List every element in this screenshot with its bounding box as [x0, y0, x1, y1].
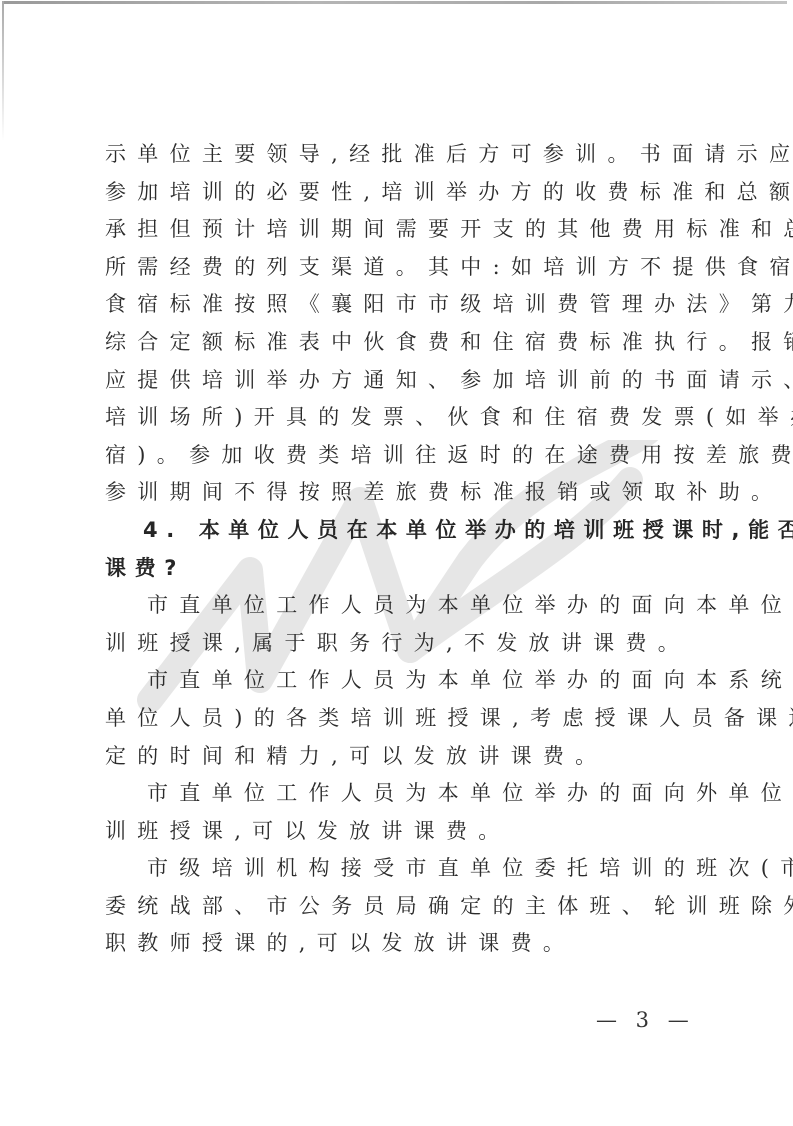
text-line: 承担但预计培训期间需要开支的其他费用标准和总额,以及参训	[105, 211, 695, 249]
document-page: 示单位主要领导,经批准后方可参训。书面请示应包括以下内容: 参加培训的必要性,培…	[105, 136, 695, 963]
text-line: 食宿标准按照《襄阳市市级培训费管理办法》第九条规定的培训	[105, 286, 695, 324]
section-heading-question-4: 4. 本单位人员在本单位举办的培训班授课时,能否领取讲 课费?	[105, 512, 695, 587]
page-number: — 3 —	[596, 1008, 695, 1032]
paragraph-continuation: 示单位主要领导,经批准后方可参训。书面请示应包括以下内容: 参加培训的必要性,培…	[105, 136, 695, 512]
text-line: 参加培训的必要性,培训举办方的收费标准和总额,培训举办方不	[105, 174, 695, 212]
scan-border-top	[2, 1, 787, 4]
paragraph-own-unit-staff: 市直单位工作人员为本单位举办的面向本单位人员的各类培 训班授课,属于职务行为,不…	[105, 587, 695, 662]
text-line: 宿)。参加收费类培训往返时的在途费用按差旅费管理规定处理;	[105, 437, 695, 475]
text-line: 应提供培训举办方通知、参加培训前的书面请示、培训举办方(或	[105, 362, 695, 400]
text-line: 单位人员)的各类培训班授课,考虑授课人员备课过程中付出了一	[105, 700, 695, 738]
text-line: 市级培训机构接受市直单位委托培训的班次(市委组织部、市	[105, 850, 695, 888]
paragraph-training-institutions: 市级培训机构接受市直单位委托培训的班次(市委组织部、市 委统战部、市公务员局确定…	[105, 850, 695, 963]
text-line: 示单位主要领导,经批准后方可参训。书面请示应包括以下内容:	[105, 136, 695, 174]
text-line: 综合定额标准表中伙食费和住宿费标准执行。报销时,参训人员	[105, 324, 695, 362]
text-line: 委统战部、市公务员局确定的主体班、轮训班除外),需要本单位专	[105, 888, 695, 926]
text-line: 市直单位工作人员为本单位举办的面向外单位人员的各类培	[105, 775, 695, 813]
text-line: 参训期间不得按照差旅费标准报销或领取补助。	[105, 474, 695, 512]
heading-line: 4. 本单位人员在本单位举办的培训班授课时,能否领取讲	[105, 512, 695, 550]
text-line: 市直单位工作人员为本单位举办的面向本系统人员(指市县	[105, 662, 695, 700]
paragraph-external-staff: 市直单位工作人员为本单位举办的面向外单位人员的各类培 训班授课,可以发放讲课费。	[105, 775, 695, 850]
text-line: 培训场所)开具的发票、伙食和住宿费发票(如举办方不提供食	[105, 399, 695, 437]
text-line: 定的时间和精力,可以发放讲课费。	[105, 738, 695, 776]
paragraph-system-staff: 市直单位工作人员为本单位举办的面向本系统人员(指市县 单位人员)的各类培训班授课…	[105, 662, 695, 775]
text-line: 训班授课,属于职务行为,不发放讲课费。	[105, 625, 695, 663]
text-line: 所需经费的列支渠道。其中:如培训方不提供食宿,则培训期间的	[105, 249, 695, 287]
heading-line: 课费?	[105, 550, 695, 588]
text-line: 市直单位工作人员为本单位举办的面向本单位人员的各类培	[105, 587, 695, 625]
scan-border-left	[2, 1, 4, 141]
text-line: 训班授课,可以发放讲课费。	[105, 813, 695, 851]
text-line: 职教师授课的,可以发放讲课费。	[105, 925, 695, 963]
